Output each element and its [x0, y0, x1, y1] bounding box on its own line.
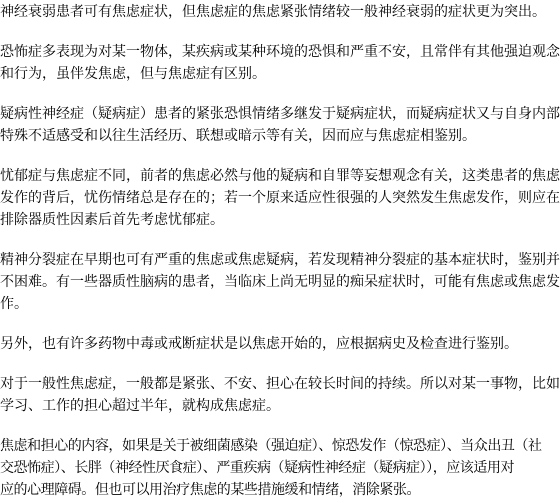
paragraph-hypochondriasis: 疑病性神经症（疑病症）患者的紧张恐惧情绪多继发于疑病症状，而疑病症状又与自身内部… — [0, 103, 560, 147]
paragraph-worry-content: 焦虑和担心的内容，如果是关于被细菌感染（强迫症）、惊恐发作（惊恐症）、当众出丑（… — [0, 435, 560, 501]
article-text: 神经衰弱患者可有焦虑症状，但焦虑症的焦虑紧张情绪较一般神经衰弱的症状更为突出。 … — [0, 0, 560, 501]
paragraph-phobia: 恐怖症多表现为对某一物体，某疾病或某种环境的恐惧和严重不安，且常伴有其他强迫观念… — [0, 41, 560, 85]
paragraph-general-anxiety: 对于一般性焦虑症，一般都是紧张、不安、担心在较长时间的持续。所以对某一事物，比如… — [0, 373, 560, 417]
paragraph-depression: 忧郁症与焦虑症不同，前者的焦虑必然与他的疑病和自罪等妄想观念有关，这类患者的焦虑… — [0, 165, 560, 231]
page: { "page": { "background_color": "#ffffff… — [0, 0, 560, 503]
paragraph-schizophrenia: 精神分裂症在早期也可有严重的焦虑或焦虑疑病，若发现精神分裂症的基本症状时，鉴别并… — [0, 249, 560, 315]
paragraph-neurasthenia: 神经衰弱患者可有焦虑症状，但焦虑症的焦虑紧张情绪较一般神经衰弱的症状更为突出。 — [0, 1, 560, 23]
paragraph-drug-withdrawal: 另外，也有许多药物中毒或戒断症状是以焦虑开始的，应根据病史及检查进行鉴别。 — [0, 333, 560, 355]
